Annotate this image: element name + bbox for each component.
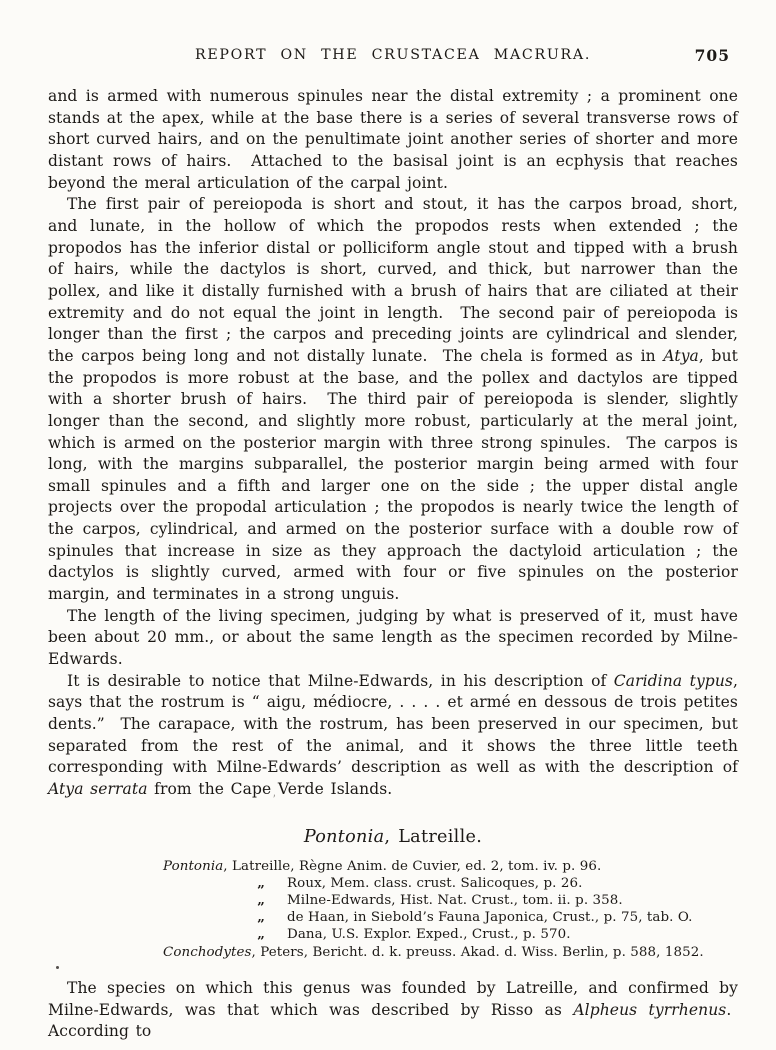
citation-text: Latreille, Règne Anim. de Cuvier, ed. 2,… bbox=[232, 859, 601, 874]
citation-text: Roux, Mem. class. crust. Salicoques, p. … bbox=[287, 876, 582, 891]
body-paragraphs: and is armed with numerous spinules near… bbox=[48, 86, 738, 801]
text-run: It is desirable to notice that Milne-Edw… bbox=[67, 672, 614, 690]
running-head-title: REPORT ON THE CRUSTACEA MACRURA. bbox=[48, 47, 738, 63]
text-run: The length of the living specimen, judgi… bbox=[48, 607, 738, 668]
synonymy-row: „Roux, Mem. class. crust. Salicoques, p.… bbox=[48, 875, 738, 892]
genus-name: Pontonia bbox=[163, 859, 223, 874]
synonymy-row: „Milne-Edwards, Hist. Nat. Crust., tom. … bbox=[48, 892, 738, 909]
citation-text: Peters, Bericht. d. k. preuss. Akad. d. … bbox=[260, 945, 703, 960]
synonymy-row: „Dana, U.S. Explor. Exped., Crust., p. 5… bbox=[48, 926, 738, 943]
closing-paragraphs: The species on which this genus was foun… bbox=[48, 978, 738, 1043]
paragraph: It is desirable to notice that Milne-Edw… bbox=[48, 671, 738, 801]
synonymy-row: Pontonia, Latreille, Règne Anim. de Cuvi… bbox=[48, 858, 738, 875]
species-name: Caridina typus bbox=[614, 672, 733, 690]
text-run: and is armed with numerous spinules near… bbox=[48, 87, 738, 192]
running-head: REPORT ON THE CRUSTACEA MACRURA. 705 bbox=[48, 47, 738, 67]
page-number: 705 bbox=[695, 46, 730, 65]
page-text-body: and is armed with numerous spinules near… bbox=[48, 86, 738, 1043]
genus-heading: Pontonia, Latreille. bbox=[48, 825, 738, 849]
genus-name: Conchodytes bbox=[163, 945, 252, 960]
ditto-mark: „ bbox=[163, 909, 287, 926]
paragraph: and is armed with numerous spinules near… bbox=[48, 86, 738, 194]
citation-text: Milne-Edwards, Hist. Nat. Crust., tom. i… bbox=[287, 893, 623, 908]
synonymy-list: Pontonia, Latreille, Règne Anim. de Cuvi… bbox=[48, 858, 738, 961]
book-page: REPORT ON THE CRUSTACEA MACRURA. 705 and… bbox=[0, 0, 776, 1050]
citation-text: Dana, U.S. Explor. Exped., Crust., p. 57… bbox=[287, 927, 571, 942]
species-name: Pontonia bbox=[304, 827, 385, 847]
citation-text: de Haan, in Siebold’s Fauna Japonica, Cr… bbox=[287, 910, 693, 925]
text-run: , but the propodos is more robust at the… bbox=[48, 347, 738, 603]
ditto-mark: „ bbox=[163, 892, 287, 909]
species-name: Alpheus tyrrhenus bbox=[573, 1001, 726, 1019]
ditto-mark: „ bbox=[163, 875, 287, 892]
paragraph: The species on which this genus was foun… bbox=[48, 978, 738, 1043]
species-name: Atya bbox=[663, 347, 699, 365]
synonymy-row: „de Haan, in Siebold’s Fauna Japonica, C… bbox=[48, 909, 738, 926]
ditto-mark: „ bbox=[163, 926, 287, 943]
text-run: The first pair of pereiopoda is short an… bbox=[48, 195, 738, 365]
text-run: from the Cape Verde Islands. bbox=[148, 780, 393, 798]
scan-artifact-dot bbox=[56, 966, 59, 969]
synonymy-row: Conchodytes, Peters, Bericht. d. k. preu… bbox=[48, 944, 738, 961]
text-run: , Latreille. bbox=[384, 827, 482, 847]
paragraph: The length of the living specimen, judgi… bbox=[48, 606, 738, 671]
species-name: Atya serrata bbox=[48, 780, 148, 798]
paragraph: The first pair of pereiopoda is short an… bbox=[48, 194, 738, 605]
